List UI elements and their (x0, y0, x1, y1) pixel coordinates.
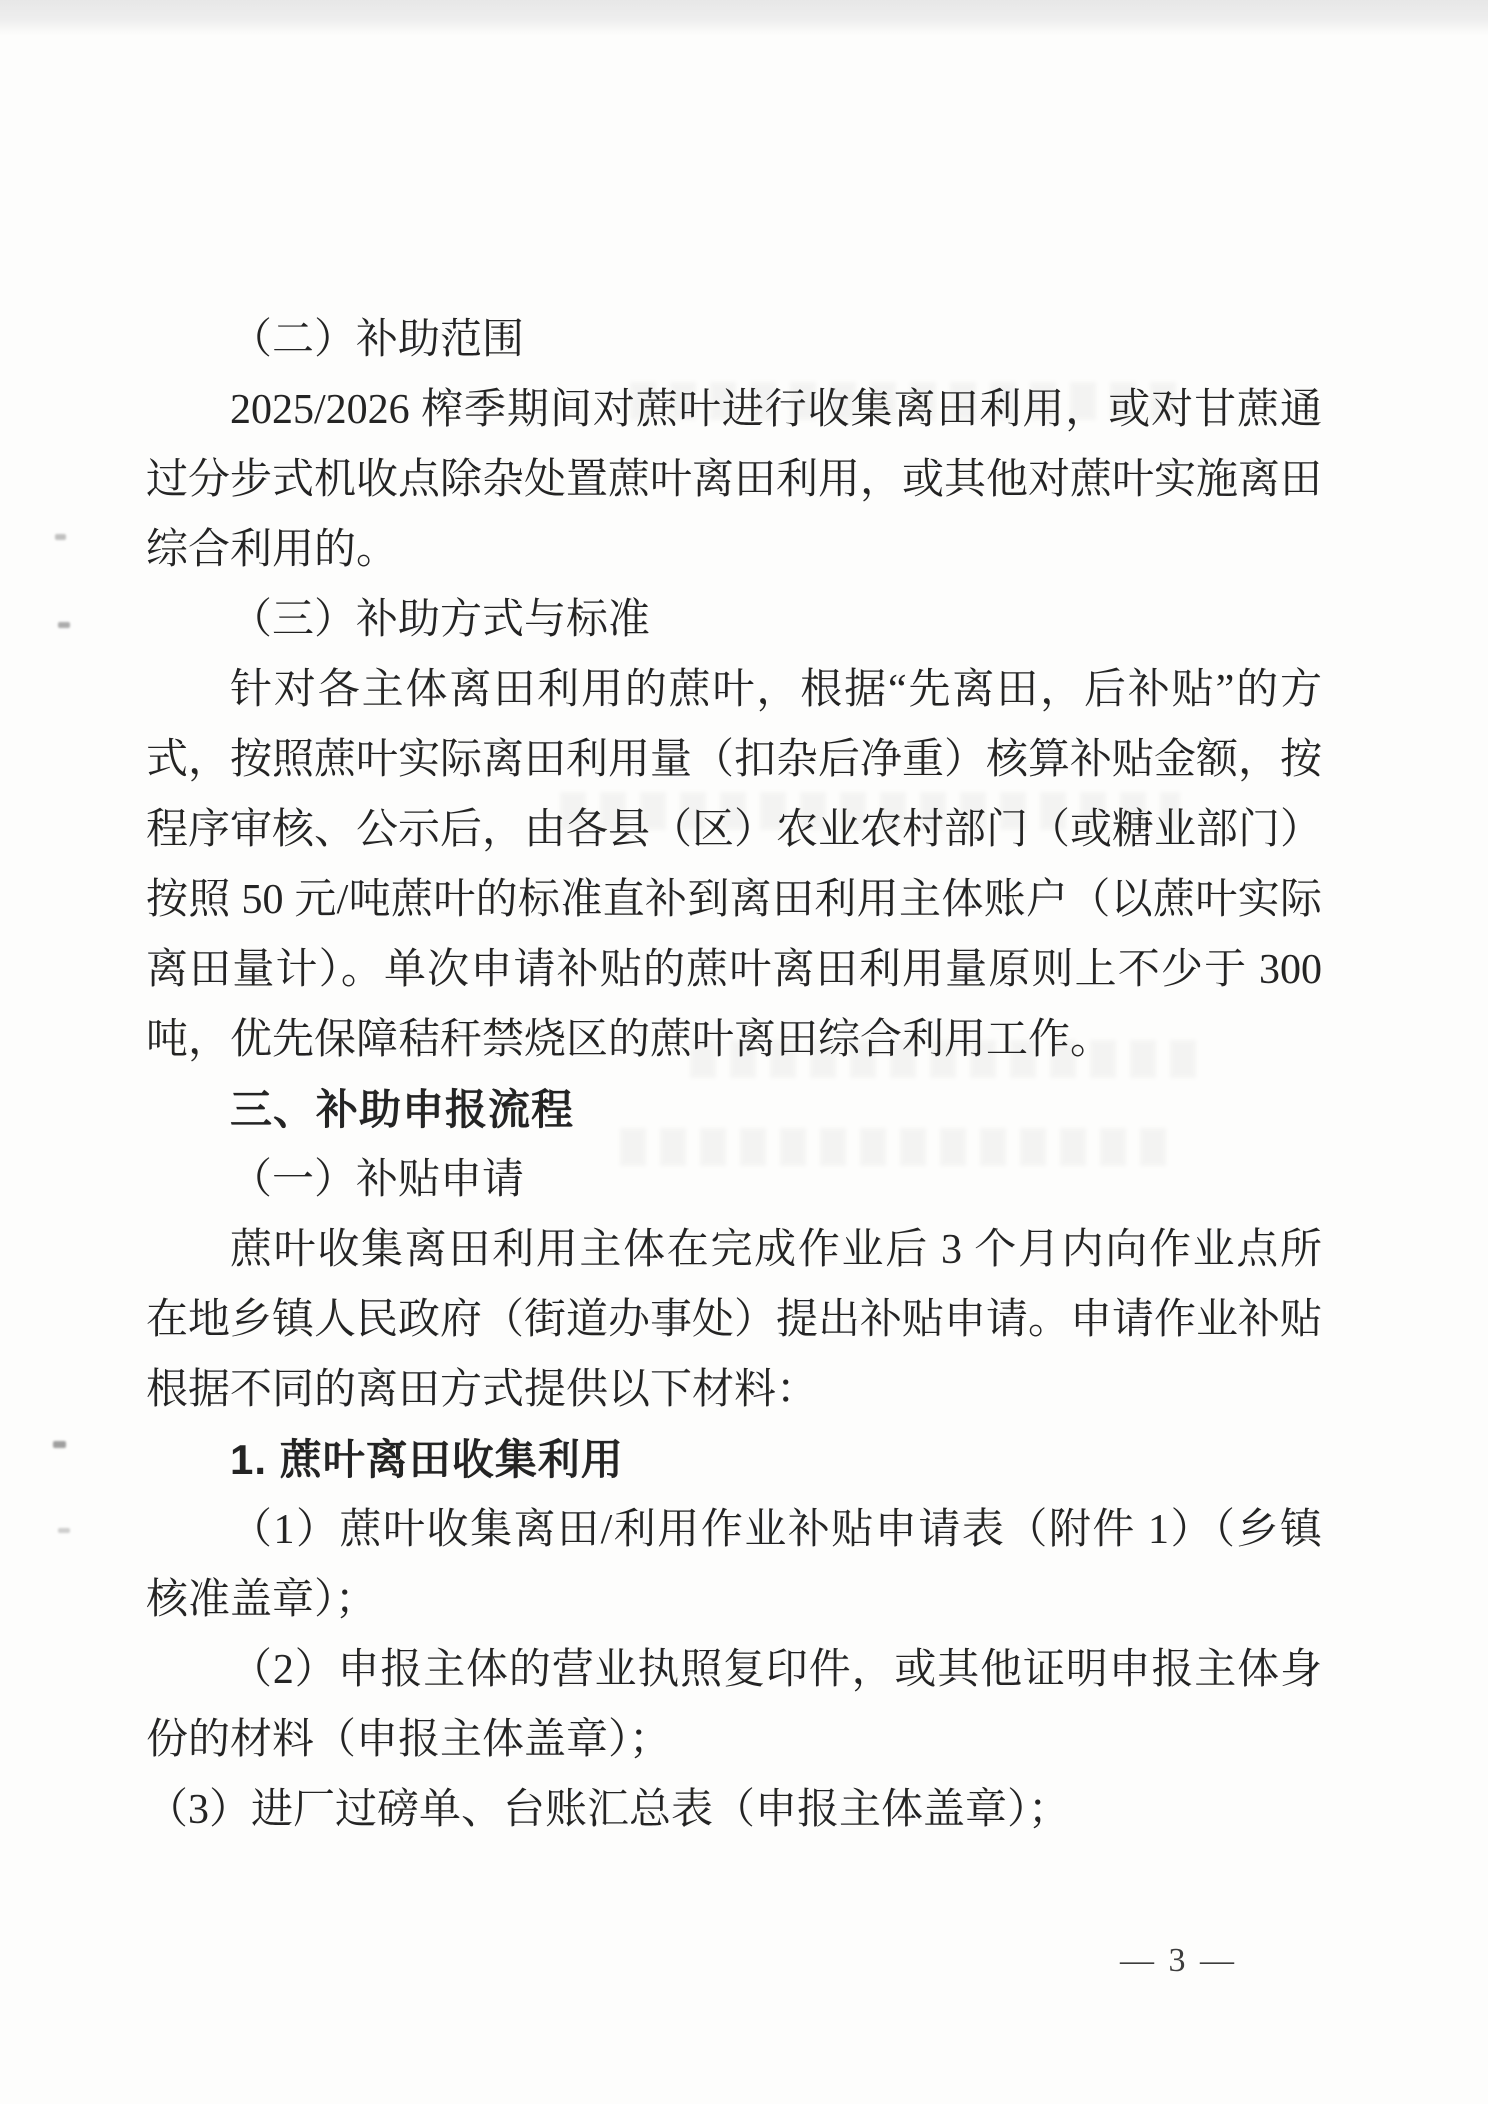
text-line: 根据不同的离田方式提供以下材料： (146, 1355, 1322, 1425)
scan-speck (55, 534, 66, 540)
text-line: 综合利用的。 (146, 515, 1322, 585)
text-line: （1）蔗叶收集离田/利用作业补贴申请表（附件 1）（乡镇 (146, 1495, 1322, 1565)
text-line: 式，按照蔗叶实际离田利用量（扣杂后净重）核算补贴金额，按 (146, 725, 1322, 795)
text-line: （2）申报主体的营业执照复印件，或其他证明申报主体身 (146, 1635, 1322, 1705)
text-line: 2025/2026 榨季期间对蔗叶进行收集离田利用，或对甘蔗通 (146, 375, 1322, 445)
page-number: — 3 — (1120, 1942, 1320, 1980)
text-line: 吨，优先保障秸秆禁烧区的蔗叶离田综合利用工作。 (146, 1005, 1322, 1075)
text-line: （二）补助范围 (146, 305, 1322, 375)
scanned-document-page: （二）补助范围2025/2026 榨季期间对蔗叶进行收集离田利用，或对甘蔗通过分… (0, 0, 1488, 2104)
text-line: （三）补助方式与标准 (146, 585, 1322, 655)
text-line: 核准盖章）； (146, 1565, 1322, 1635)
text-line: 程序审核、公示后，由各县（区）农业农村部门（或糖业部门） (146, 795, 1322, 865)
scan-speck (58, 622, 70, 628)
text-line: 1. 蔗叶离田收集利用 (146, 1425, 1322, 1495)
text-line: 蔗叶收集离田利用主体在完成作业后 3 个月内向作业点所 (146, 1215, 1322, 1285)
text-line: 在地乡镇人民政府（街道办事处）提出补贴申请。申请作业补贴 (146, 1285, 1322, 1355)
text-line: 按照 50 元/吨蔗叶的标准直补到离田利用主体账户（以蔗叶实际 (146, 865, 1322, 935)
text-line: （一）补贴申请 (146, 1145, 1322, 1215)
text-line: 份的材料（申报主体盖章）； (146, 1705, 1322, 1775)
scan-speck (58, 1528, 70, 1533)
text-line: （3）进厂过磅单、台账汇总表（申报主体盖章）； (146, 1775, 1322, 1845)
scan-edge-artifact (0, 0, 1488, 36)
text-line: 过分步式机收点除杂处置蔗叶离田利用，或其他对蔗叶实施离田 (146, 445, 1322, 515)
document-body: （二）补助范围2025/2026 榨季期间对蔗叶进行收集离田利用，或对甘蔗通过分… (146, 305, 1322, 1845)
text-line: 离田量计）。单次申请补贴的蔗叶离田利用量原则上不少于 300 (146, 935, 1322, 1005)
text-line: 三、补助申报流程 (146, 1075, 1322, 1145)
text-line: 针对各主体离田利用的蔗叶，根据“先离田，后补贴”的方 (146, 655, 1322, 725)
scan-speck (53, 1441, 66, 1448)
